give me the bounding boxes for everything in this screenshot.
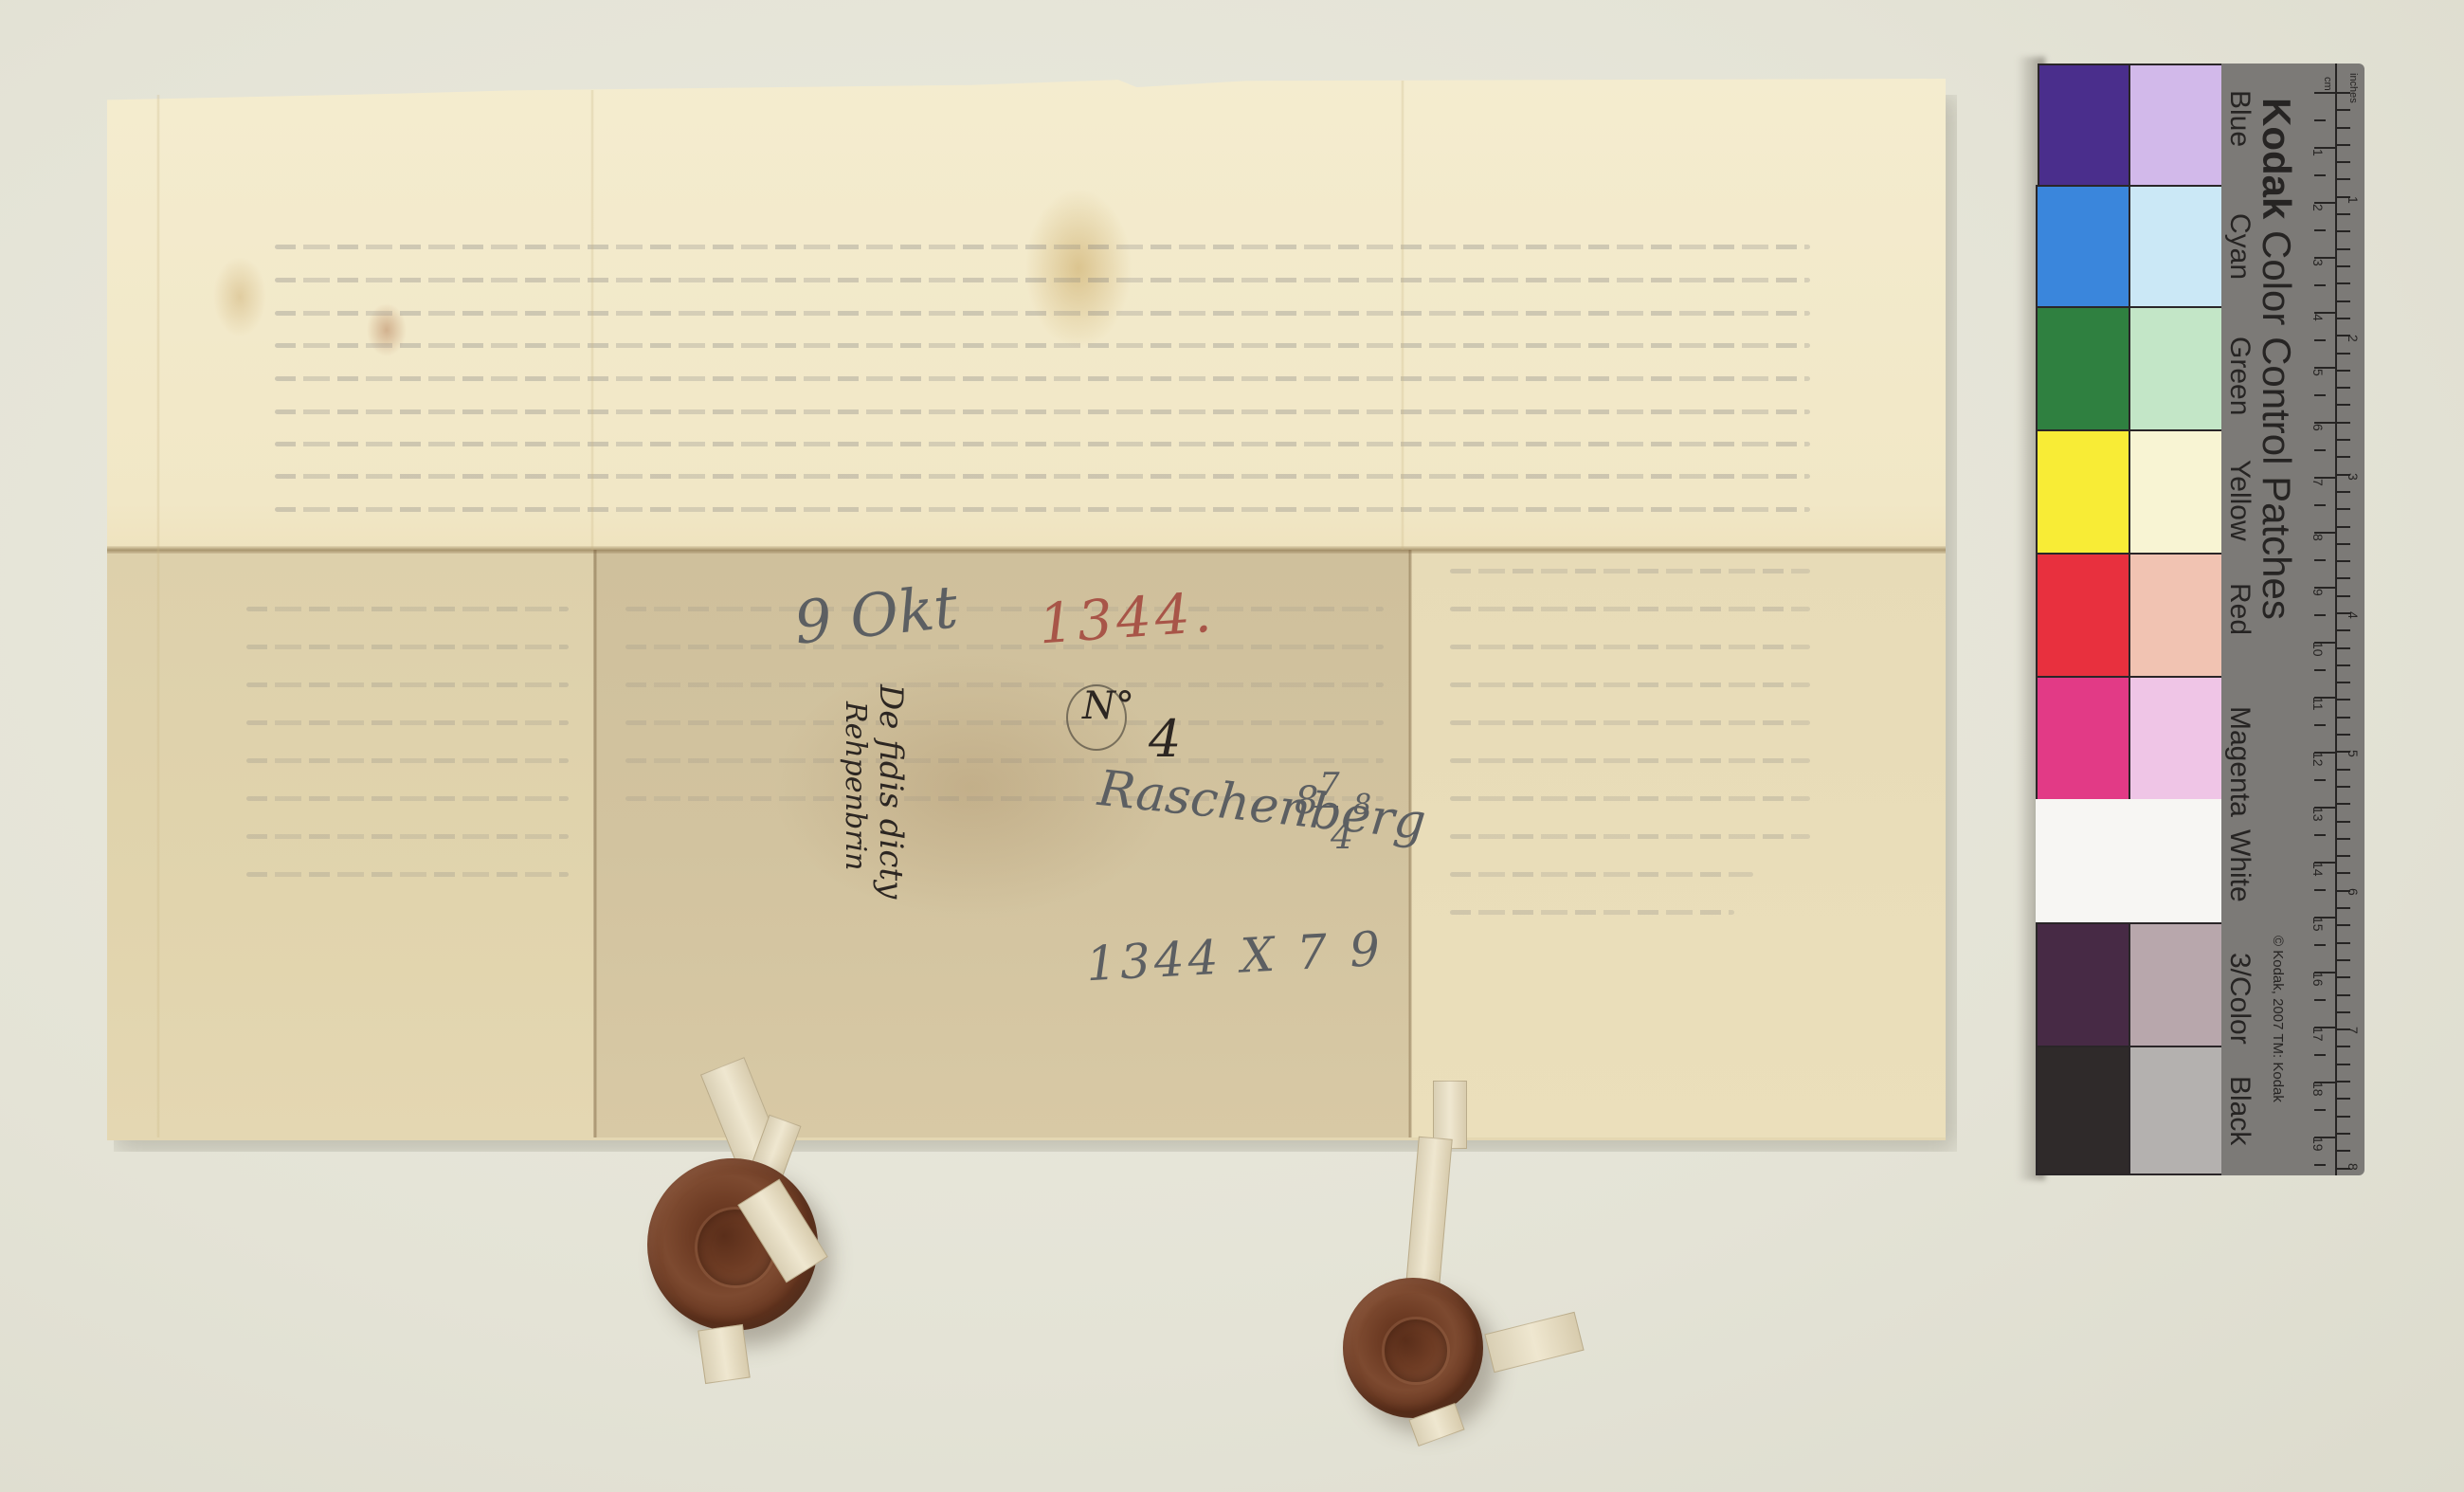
cm-mark: 18 [2310,1082,2326,1097]
patch-blue-dark [2038,64,2130,187]
ruler-tick [2337,422,2350,424]
kodak-brand: Kodak [2255,98,2299,219]
ruler-tick [2337,924,2350,926]
ruler-tick [2314,614,2326,616]
place-fraction-right: 8 [1353,789,1371,822]
ruler-tick [2337,976,2350,978]
cm-mark: 12 [2310,752,2326,767]
cm-mark: 9 [2310,589,2326,596]
ruler-tick [2337,629,2350,631]
ruler-tick [2337,248,2350,250]
ruler-tick [2314,999,2326,1001]
cm-mark: 16 [2310,972,2326,987]
ruler-tick [2337,353,2350,355]
ruler-tick [2337,1150,2350,1152]
ruler-tick [2337,664,2350,666]
ruler-tick [2337,92,2350,94]
ruler-tick [2314,1137,2337,1138]
cm-mark: 4 [2310,314,2326,321]
cm-mark: 8 [2310,534,2326,541]
ruler-tick [2337,404,2350,406]
ruler-tick [2337,786,2350,788]
ruler-tick [2337,959,2350,961]
ruler-tick [2314,752,2337,754]
ruler-tick [2337,682,2350,683]
ruler-tick [2314,972,2337,973]
right-wax-seal [1343,1278,1483,1418]
ruler-tick [2337,612,2350,614]
ruler-tick [2314,147,2337,149]
patch-cyan-light [2129,185,2223,308]
ruler-tick [2314,257,2337,259]
label-green: Green [2223,337,2256,415]
left-seal-tag-bottom [698,1324,750,1384]
place-name: Raschenberg [1096,760,1428,851]
place-fraction-top: 7 [1319,766,1340,804]
ruler-tick [2337,907,2350,909]
ruler-tick [2314,119,2326,121]
left-seal-strap [700,1057,788,1182]
latin-note-line-2: Rehpenbrin [839,701,872,870]
ruler-tick [2337,803,2350,805]
label-cyan: Cyan [2223,213,2256,280]
ruler-tick [2337,647,2350,649]
ruler-tick [2314,422,2337,424]
patch-red-dark [2036,553,2130,678]
ruler-tick [2314,1109,2326,1111]
ruler-tick [2314,394,2326,396]
year-annotation: 1344. [1037,580,1217,657]
label-3color: 3/Color [2223,953,2256,1045]
number-value: 4 [1149,709,1181,769]
upper-left-fold [590,90,594,550]
ruler-tick [2314,642,2337,644]
patch-cyan-dark [2036,185,2130,308]
place-fraction-left: 8 [1295,779,1318,823]
kodak-label-panel: Blue Cyan Green Yellow Red Magenta White… [2221,64,2364,1175]
ruler-tick [2337,387,2350,389]
horizontal-fold-line [107,546,1946,554]
cm-mark: 1 [2310,149,2326,156]
patch-red-light [2129,553,2223,678]
ruler-tick [2314,449,2326,451]
latin-note-line-1: De fidis dicty [872,684,910,899]
ruler-tick [2314,669,2326,671]
circled-mark-icon [1066,684,1127,751]
date-annotation: 9 Okt [791,572,961,658]
ruler-tick [2337,1116,2350,1118]
ruler-tick [2337,543,2350,545]
ruler-tick [2314,697,2337,699]
ruler-tick [2337,1028,2350,1030]
ruler-tick [2314,229,2326,231]
ruler-tick [2337,318,2350,319]
right-seal-tag-bottom [1408,1403,1464,1447]
ruler-tick [2337,890,2350,892]
ruler-tick [2314,92,2337,94]
ruler-tick [2337,526,2350,528]
center-fold-panel [593,550,1410,1137]
ruler-tick [2337,717,2350,719]
right-fold-panel [1410,550,1946,1137]
ruler-tick [2314,202,2337,204]
patch-magenta-dark [2036,676,2130,801]
ruler-tick [2337,942,2350,944]
ruler-tick [2337,1011,2350,1013]
cm-mark: 3 [2310,259,2326,266]
ruler-tick [2337,1064,2350,1065]
patch-yellow-dark [2036,429,2130,555]
lower-left-fold [593,550,597,1137]
ruler-tick [2314,504,2326,506]
ruler-tick [2314,779,2326,781]
patch-black-dark [2036,1046,2130,1175]
cm-mark: 5 [2310,369,2326,376]
cm-mark: 7 [2310,479,2326,486]
ruler-tick [2337,699,2350,701]
kodak-copyright: © Kodak, 2007 TM: Kodak [2270,936,2286,1102]
ruler-tick [2337,213,2350,215]
right-seal-strap-top [1433,1081,1467,1149]
ruler-tick [2314,1027,2337,1028]
ruler-tick [2314,724,2326,726]
ruler-tick [2337,751,2350,753]
ruler-tick [2314,1054,2326,1056]
ruler-tick [2314,174,2326,176]
upper-right-fold [1401,81,1404,550]
ruler-tick [2314,284,2326,286]
left-wax-seal [647,1158,818,1331]
kodak-color-control-patches: Blue Cyan Green Yellow Red Magenta White… [2036,64,2364,1175]
ruler-tick [2337,769,2350,771]
cm-mark: 17 [2310,1027,2326,1042]
patch-white [2036,799,2223,924]
cm-mark: 13 [2310,807,2326,822]
label-black: Black [2223,1076,2256,1145]
ruler-tick [2314,917,2337,919]
ruler-tick [2337,1098,2350,1100]
ruler-tick [2337,595,2350,597]
ruler-tick [2337,491,2350,493]
ruler-tick [2314,312,2337,314]
lower-right-fold [1408,550,1412,1137]
ruler-tick [2314,367,2337,369]
ruler-tick [2314,862,2337,864]
ruler-tick [2337,1168,2350,1170]
cm-mark: 19 [2310,1137,2326,1152]
ruler-tick [2337,196,2350,198]
parchment-sheet [107,79,1946,1140]
label-yellow: Yellow [2223,460,2256,541]
ruler-tick [2337,109,2350,111]
right-seal-tag-side [1484,1312,1584,1373]
ruler-tick [2337,1133,2350,1135]
ruler-tick [2337,300,2350,302]
patch-green-dark [2036,306,2130,431]
ruler-tick [2337,178,2350,180]
ruler-tick [2314,944,2326,946]
ruler-unit-inches: inches [2347,73,2359,103]
cm-mark: 15 [2310,917,2326,932]
ruler-tick [2337,161,2350,163]
ruler-tick [2337,855,2350,857]
ruler-tick [2337,474,2350,476]
label-magenta: Magenta [2223,706,2256,817]
cm-mark: 6 [2310,424,2326,431]
ruler-tick [2314,1164,2326,1166]
label-blue: Blue [2223,90,2256,147]
ruler-tick [2337,230,2350,232]
ruler-unit-cm: cm [2322,77,2333,91]
ruler-tick [2337,456,2350,458]
ruler-tick [2314,889,2326,891]
patch-yellow-light [2129,429,2223,555]
right-seal-strap [1405,1137,1453,1288]
patch-green-light [2129,306,2223,431]
patch-3color-dark [2036,922,2130,1047]
left-seal-strap-loop [749,1115,801,1182]
cm-mark: 2 [2310,204,2326,211]
ruler-tick [2314,559,2326,561]
ruler-tick [2337,1081,2350,1083]
ruler-tick [2314,587,2337,589]
kodak-title-text: Color Control Patches [2255,230,2299,620]
ruler-tick [2337,282,2350,284]
ruler-tick [2337,872,2350,874]
ruler-tick [2337,144,2350,146]
ruler-tick [2314,834,2326,836]
left-edge-fold [156,95,160,1137]
ruler-tick [2337,821,2350,823]
ruler-tick [2337,439,2350,441]
left-seal-tag-front [737,1179,828,1283]
patch-magenta-light [2129,676,2223,801]
ruler-tick [2337,734,2350,736]
ruler-tick [2314,339,2326,341]
ruler-tick [2314,807,2337,809]
fraction-bar [1314,806,1338,808]
place-fraction-bottom: 4 [1331,815,1353,857]
ruler-tick [2314,532,2337,534]
ruler-tick [2337,265,2350,267]
ruler-tick [2314,1082,2337,1083]
number-mark: N° [1082,684,1134,728]
lower-fold-panel [107,550,1946,1140]
ruler-tick [2337,838,2350,840]
parchment-shadow [114,95,1957,1152]
cm-mark: 10 [2310,642,2326,657]
ruler-tick [2337,335,2350,337]
cm-mark: 14 [2310,862,2326,877]
ruler-tick [2337,1046,2350,1047]
ruler-tick [2337,577,2350,579]
signature-annotation: 1344 X 7 9 [1085,921,1386,992]
cm-mark: 11 [2310,697,2326,711]
ruler-tick [2337,508,2350,510]
label-white: White [2223,829,2256,902]
ruler-tick [2337,370,2350,372]
patch-blue-light [2129,64,2223,187]
ruler-tick [2337,560,2350,562]
patch-3color-light [2129,922,2223,1047]
patch-black-light [2129,1046,2223,1175]
ruler-tick [2314,477,2337,479]
ruler-tick [2337,994,2350,996]
label-red: Red [2223,583,2256,635]
kodak-title: Kodak Color Control Patches [2254,98,2299,620]
ruler-tick [2337,127,2350,129]
